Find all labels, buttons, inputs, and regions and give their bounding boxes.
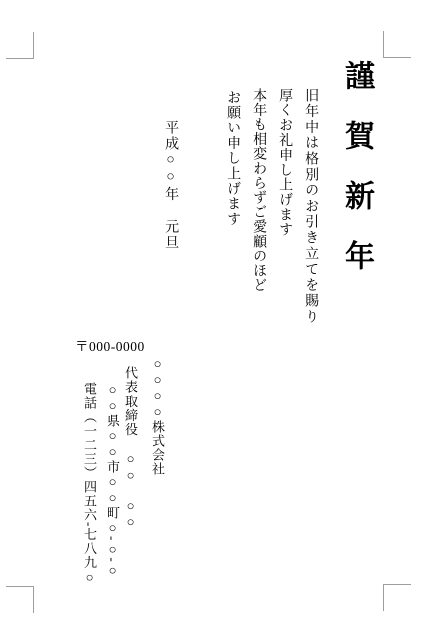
greeting-line-4: お願い申し上げます <box>225 90 240 227</box>
crop-mark-top-left-icon <box>6 32 34 59</box>
crop-mark-top-right-icon <box>383 31 411 58</box>
greeting-line-3: 本年も相変わらずご愛顧のほど <box>251 88 266 292</box>
postal-code: 〒000-0000 <box>75 335 145 355</box>
sender-representative: 代表取締役 ○○ ○○ <box>123 366 137 530</box>
sender-company: ○○○○株式会社 <box>150 356 164 476</box>
postcard-page: 謹賀新年 旧年中は格別のお引き立てを賜り 厚くお礼申し上げます 本年も相変わらず… <box>0 0 433 643</box>
greeting-line-1: 旧年中は格別のお引き立てを賜り <box>303 88 318 325</box>
crop-mark-bottom-left-icon <box>6 586 34 613</box>
sender-phone: 電話（一二三）四五六-七八九○ <box>82 382 96 585</box>
greeting-line-2: 厚くお礼申し上げます <box>277 88 292 237</box>
date-line: 平成○○年 元旦 <box>163 120 178 252</box>
greeting-title: 謹賀新年 <box>340 60 373 300</box>
crop-mark-bottom-right-icon <box>383 584 411 611</box>
sender-address: ○○県○○市○○町○-○-○ <box>105 382 119 579</box>
